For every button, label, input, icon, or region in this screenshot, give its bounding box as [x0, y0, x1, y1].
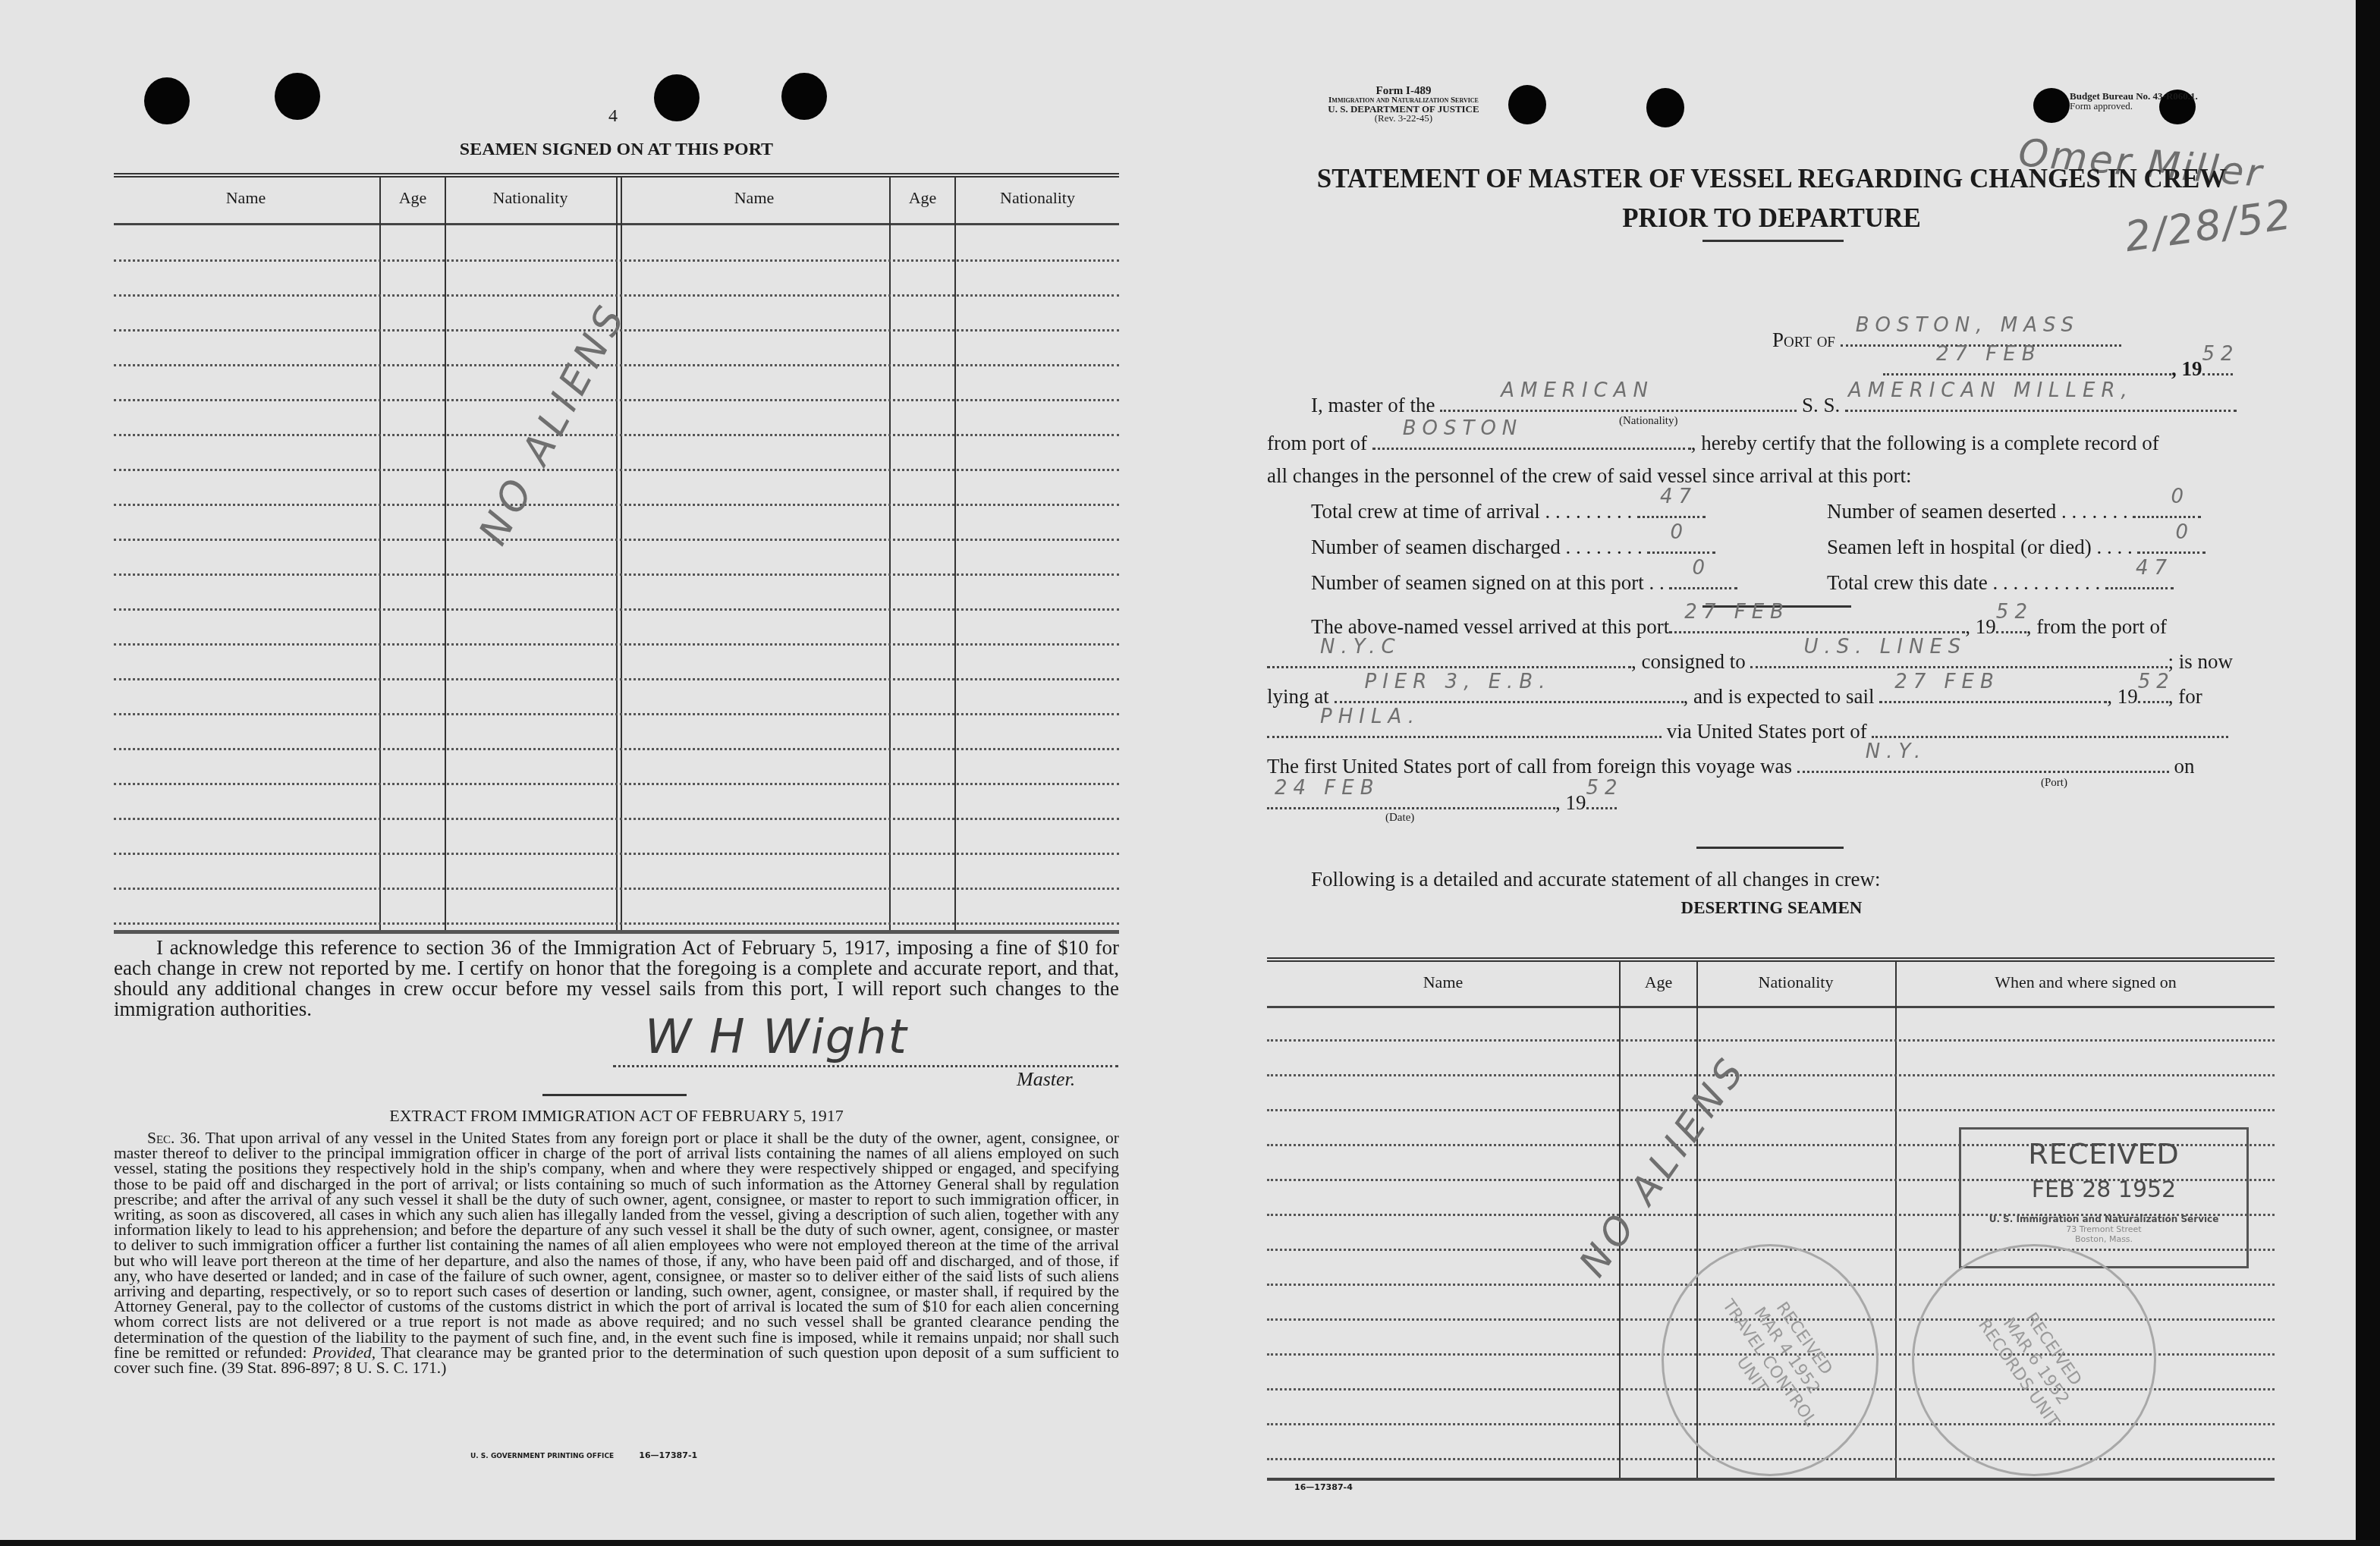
date-caption: (Date)	[1385, 812, 1414, 825]
handwritten-no-aliens: NO ALIENS	[470, 294, 637, 552]
revision: (Rev. 3-22-45)	[1282, 114, 1525, 123]
master-label: Master.	[1017, 1068, 1075, 1091]
page-number: 4	[608, 106, 618, 127]
from-port-field[interactable]: BOSTON	[1372, 425, 1691, 450]
stat-deserted: Number of seamen deserted . . . . . . . …	[1827, 493, 2201, 529]
punch-hole	[275, 73, 320, 120]
column-header: Name	[1267, 973, 1619, 992]
column-header: Name	[618, 188, 891, 208]
year-field[interactable]: 52	[2202, 350, 2233, 376]
divider	[542, 1094, 687, 1096]
stat-discharged: Number of seamen discharged . . . . . . …	[1311, 529, 1827, 564]
table-title: SEAMEN SIGNED ON AT THIS PORT	[114, 140, 1119, 160]
section-36-text: Sec. 36. That upon arrival of any vessel…	[114, 1130, 1119, 1375]
scan-edge-bottom	[0, 1540, 2380, 1546]
column-header: Age	[1621, 973, 1696, 992]
from-port-line: from port of BOSTON, hereby certify that…	[1267, 425, 2159, 460]
printer-code-right: 16—17387-4	[1294, 1482, 1353, 1492]
nationality-field[interactable]: AMERICAN	[1440, 387, 1797, 412]
punch-hole	[781, 73, 827, 120]
column-header: Age	[891, 188, 954, 208]
column-header: Age	[381, 188, 445, 208]
port-caption: (Port)	[2041, 777, 2067, 790]
column-header: Nationality	[446, 188, 615, 208]
following-text: Following is a detailed and accurate sta…	[1311, 862, 1880, 897]
punch-hole	[654, 74, 700, 121]
column-header: Nationality	[956, 188, 1119, 208]
seamen-signed-on-table: Name Age Nationality Name Age Nationalit…	[114, 173, 1119, 178]
vessel-name-field[interactable]: AMERICAN MILLER,	[1845, 387, 2237, 412]
arrival-line: The above-named vessel arrived at this p…	[1311, 608, 2167, 644]
form-title: STATEMENT OF MASTER OF VESSEL REGARDING …	[1267, 159, 2276, 238]
master-signature: W H Wight	[645, 1009, 908, 1064]
date-field[interactable]: 27 FEB	[1883, 350, 2171, 376]
deserting-seamen-table: Name Age Nationality When and where sign…	[1267, 957, 2275, 962]
crew-stats: Total crew at time of arrival . . . . . …	[1311, 493, 2275, 600]
via-line: PHILA. via United States port of	[1267, 713, 2228, 749]
scan-edge-right	[2356, 0, 2380, 1546]
form-number: Form I-489	[1282, 86, 1525, 96]
stat-total-crew-arrival: Total crew at time of arrival . . . . . …	[1311, 493, 1827, 529]
divider	[1696, 847, 1844, 849]
printer-line: U. S. GOVERNMENT PRINTING OFFICE 16—1738…	[470, 1450, 697, 1460]
punch-hole	[1646, 88, 1684, 127]
punch-hole	[2033, 88, 2070, 123]
form-header: Form I-489 Immigration and Naturalizatio…	[1282, 86, 1525, 123]
column-header: Nationality	[1698, 973, 1894, 992]
budget-bureau: Budget Bureau No. 43-R060.1. Form approv…	[2070, 91, 2198, 111]
column-header: When and where signed on	[1897, 973, 2275, 992]
divider	[1702, 240, 1844, 242]
travel-control-stamp: RECEIVED MAR 4 1952 TRAVEL CONTROL UNIT	[1662, 1244, 1879, 1476]
acknowledgment-text: I acknowledge this reference to section …	[114, 938, 1119, 1020]
signature-line	[613, 1065, 1118, 1067]
column-header: Name	[114, 188, 378, 208]
first-port-date-line: 24 FEB, 1952	[1267, 784, 1617, 820]
punch-hole	[144, 77, 190, 124]
extract-title: EXTRACT FROM IMMIGRATION ACT OF FEBRUARY…	[114, 1106, 1119, 1126]
deserting-title: DESERTING SEAMEN	[1267, 898, 2276, 918]
all-changes-line: all changes in the personnel of the crew…	[1267, 458, 1911, 493]
records-unit-stamp: RECEIVED MAR 6 1952 RECORDS UNIT	[1912, 1244, 2156, 1476]
